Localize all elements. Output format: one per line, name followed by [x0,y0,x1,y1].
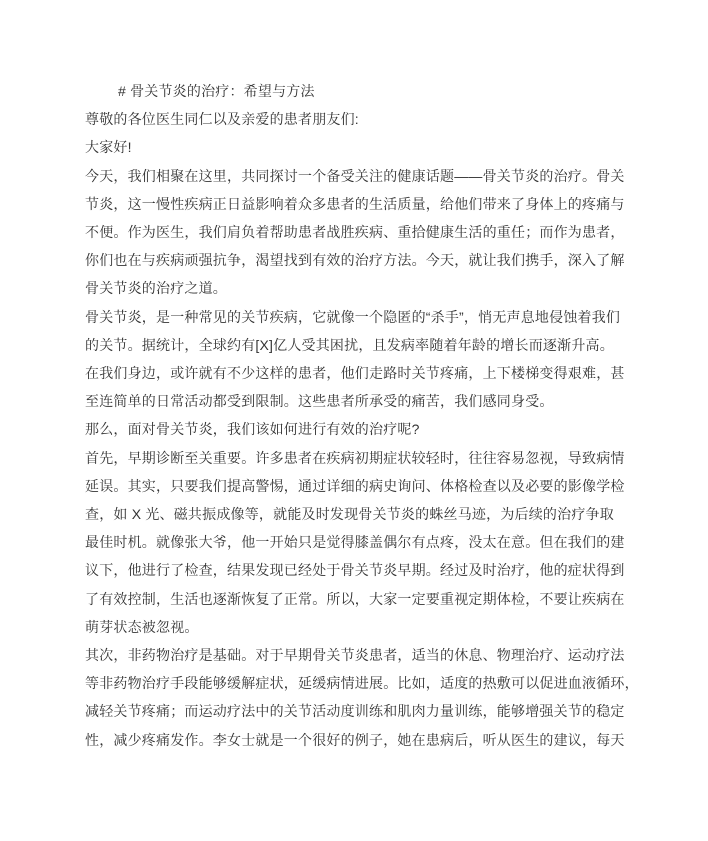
text-line: 不便。作为医生，我们肩负着帮助患者战胜疾病、重拾健康生活的重任；而作为患者， [85,218,625,246]
text-line: 查，如 X 光、磁共振成像等，就能及时发现骨关节炎的蛛丝马迹，为后续的治疗争取 [85,500,625,528]
text-line: 最佳时机。就像张大爷，他一开始只是觉得膝盖偶尔有点疼，没太在意。但在我们的建 [85,528,625,556]
text-line: 等非药物治疗手段能够缓解症状，延缓病情进展。比如，适度的热敷可以促进血液循环， [85,669,625,697]
text-line: 在我们身边，或许就有不少这样的患者，他们走路时关节疼痛，上下楼梯变得艰难，甚 [85,359,625,387]
document-body: # 骨关节炎的治疗：希望与方法尊敬的各位医生同仁以及亲爱的患者朋友们:大家好!今… [0,0,708,754]
text-line: 大家好! [85,133,625,161]
text-line: 延误。其实，只要我们提高警惕，通过详细的病史询问、体格检查以及必要的影像学检 [85,472,625,500]
text-line: 至连简单的日常活动都受到限制。这些患者所承受的痛苦，我们感同身受。 [85,387,625,415]
text-line: 你们也在与疾病顽强抗争，渴望找到有效的治疗方法。今天，就让我们携手，深入了解 [85,246,625,274]
text-line: 其次，非药物治疗是基础。对于早期骨关节炎患者，适当的休息、物理治疗、运动疗法 [85,641,625,669]
text-line: 骨关节炎的治疗之道。 [85,274,625,302]
text-line: 首先，早期诊断至关重要。许多患者在疾病初期症状较轻时，往往容易忽视，导致病情 [85,444,625,472]
document-page: # 骨关节炎的治疗：希望与方法尊敬的各位医生同仁以及亲爱的患者朋友们:大家好!今… [0,0,708,841]
text-line: 骨关节炎，是一种常见的关节疾病，它就像一个隐匿的“杀手”，悄无声息地侵蚀着我们 [85,303,625,331]
text-line: 性，减少疼痛发作。李女士就是一个很好的例子，她在患病后，听从医生的建议，每天 [85,726,625,754]
text-line: 尊敬的各位医生同仁以及亲爱的患者朋友们: [85,105,625,133]
text-line: 议下，他进行了检查，结果发现已经处于骨关节炎早期。经过及时治疗，他的症状得到 [85,556,625,584]
document-heading: # 骨关节炎的治疗：希望与方法 [85,77,625,105]
text-line: 今天，我们相聚在这里，共同探讨一个备受关注的健康话题——骨关节炎的治疗。骨关 [85,162,625,190]
text-line: 减轻关节疼痛；而运动疗法中的关节活动度训练和肌肉力量训练，能够增强关节的稳定 [85,697,625,725]
text-line: 了有效控制，生活也逐渐恢复了正常。所以，大家一定要重视定期体检，不要让疾病在 [85,585,625,613]
text-line: 那么，面对骨关节炎，我们该如何进行有效的治疗呢? [85,415,625,443]
text-line: 节炎，这一慢性疾病正日益影响着众多患者的生活质量，给他们带来了身体上的疼痛与 [85,190,625,218]
text-line: 萌芽状态被忽视。 [85,613,625,641]
text-line: 的关节。据统计，全球约有[X]亿人受其困扰，且发病率随着年龄的增长而逐渐升高。 [85,331,625,359]
